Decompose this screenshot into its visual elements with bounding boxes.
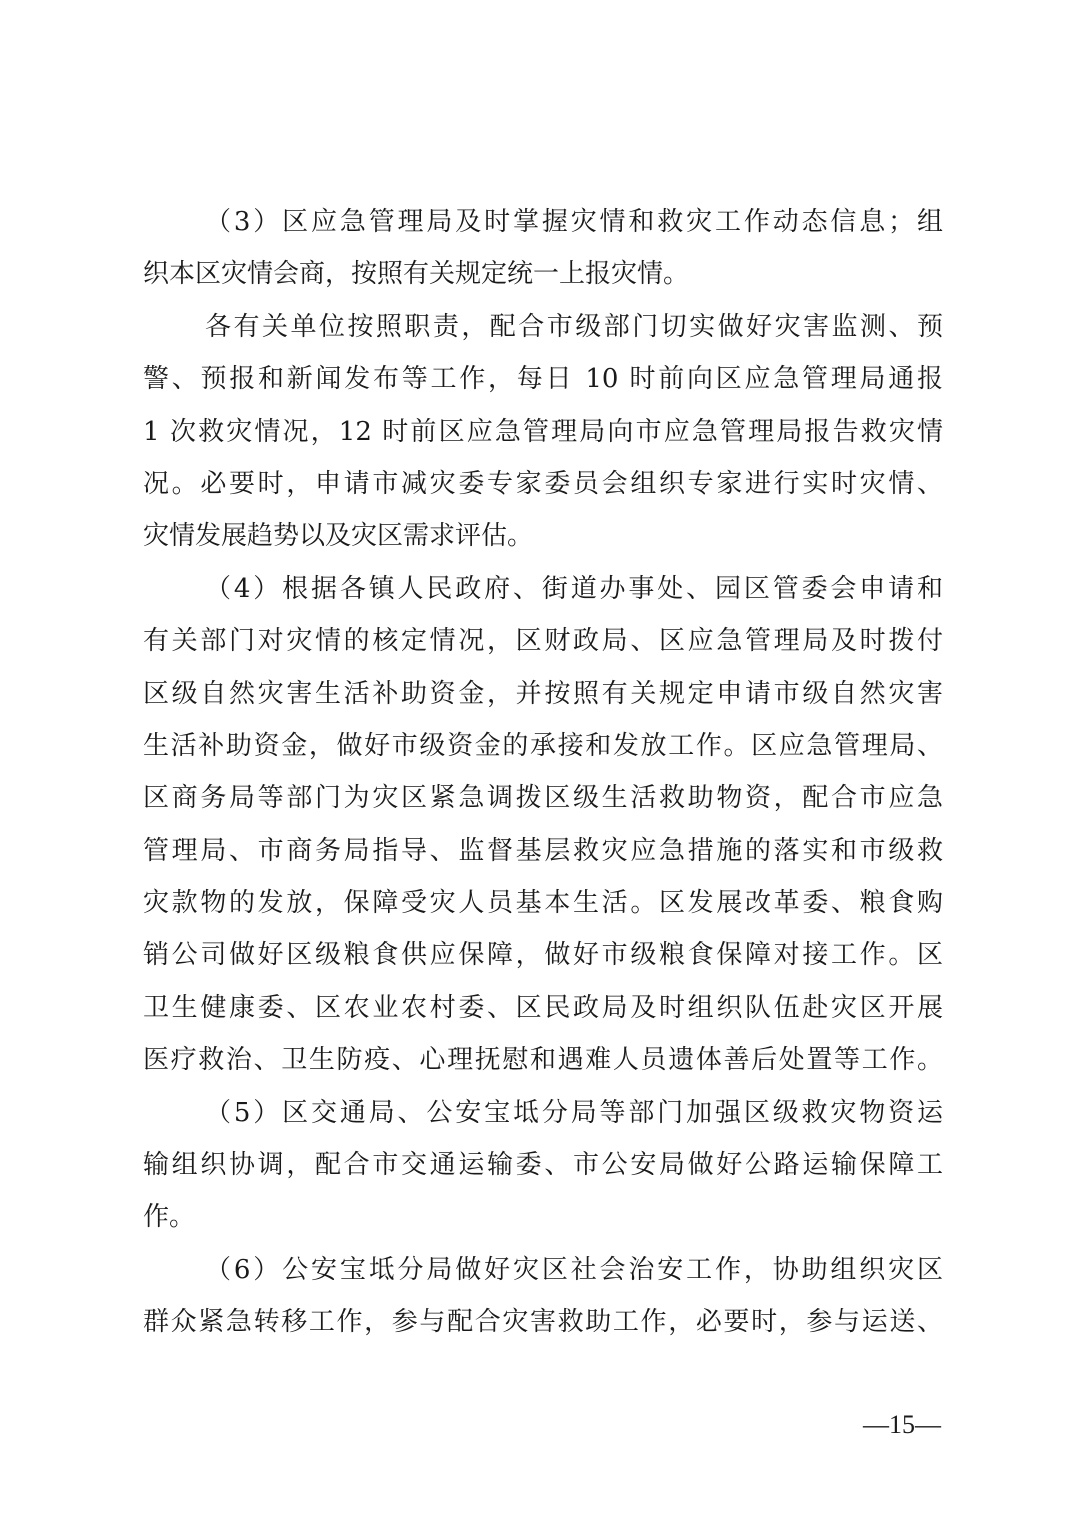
paragraph-4-line-5: 区商务局等部门为灾区紧急调拨区级生活救助物资，配合市应急 bbox=[143, 772, 943, 824]
paragraph-units-line-5: 灾情发展趋势以及灾区需求评估。 bbox=[143, 510, 943, 562]
paragraph-4-line-8: 销公司做好区级粮食供应保障，做好市级粮食保障对接工作。区 bbox=[143, 929, 943, 981]
paragraph-5-line-3: 作。 bbox=[143, 1191, 943, 1243]
paragraph-4-line-6: 管理局、市商务局指导、监督基层救灾应急措施的落实和市级救 bbox=[143, 825, 943, 877]
paragraph-4-line-2: 有关部门对灾情的核定情况，区财政局、区应急管理局及时拨付 bbox=[143, 615, 943, 667]
paragraph-4-line-10: 医疗救治、卫生防疫、心理抚慰和遇难人员遗体善后处置等工作。 bbox=[143, 1034, 943, 1086]
paragraph-3-line-2: 织本区灾情会商，按照有关规定统一上报灾情。 bbox=[143, 248, 943, 300]
document-page: （3）区应急管理局及时掌握灾情和救灾工作动态信息；组 织本区灾情会商，按照有关规… bbox=[0, 0, 1074, 1520]
paragraph-units-line-1: 各有关单位按照职责，配合市级部门切实做好灾害监测、预 bbox=[143, 301, 943, 353]
paragraph-units-line-3: 1 次救灾情况，12 时前区应急管理局向市应急管理局报告救灾情 bbox=[143, 406, 943, 458]
page-number: —15— bbox=[862, 1410, 942, 1440]
paragraph-5-line-1: （5）区交通局、公安宝坻分局等部门加强区级救灾物资运 bbox=[143, 1087, 943, 1139]
paragraph-4-line-9: 卫生健康委、区农业农村委、区民政局及时组织队伍赴灾区开展 bbox=[143, 982, 943, 1034]
paragraph-6-line-1: （6）公安宝坻分局做好灾区社会治安工作，协助组织灾区 bbox=[143, 1244, 943, 1296]
paragraph-6-line-2: 群众紧急转移工作，参与配合灾害救助工作，必要时，参与运送、 bbox=[143, 1296, 943, 1348]
document-body: （3）区应急管理局及时掌握灾情和救灾工作动态信息；组 织本区灾情会商，按照有关规… bbox=[143, 196, 943, 1349]
paragraph-4-line-3: 区级自然灾害生活补助资金，并按照有关规定申请市级自然灾害 bbox=[143, 668, 943, 720]
paragraph-units-line-4: 况。必要时，申请市减灾委专家委员会组织专家进行实时灾情、 bbox=[143, 458, 943, 510]
paragraph-4-line-7: 灾款物的发放，保障受灾人员基本生活。区发展改革委、粮食购 bbox=[143, 877, 943, 929]
paragraph-4-line-4: 生活补助资金，做好市级资金的承接和发放工作。区应急管理局、 bbox=[143, 720, 943, 772]
paragraph-4-line-1: （4）根据各镇人民政府、街道办事处、园区管委会申请和 bbox=[143, 563, 943, 615]
paragraph-3-line-1: （3）区应急管理局及时掌握灾情和救灾工作动态信息；组 bbox=[143, 196, 943, 248]
paragraph-5-line-2: 输组织协调，配合市交通运输委、市公安局做好公路运输保障工 bbox=[143, 1139, 943, 1191]
paragraph-units-line-2: 警、预报和新闻发布等工作，每日 10 时前向区应急管理局通报 bbox=[143, 353, 943, 405]
